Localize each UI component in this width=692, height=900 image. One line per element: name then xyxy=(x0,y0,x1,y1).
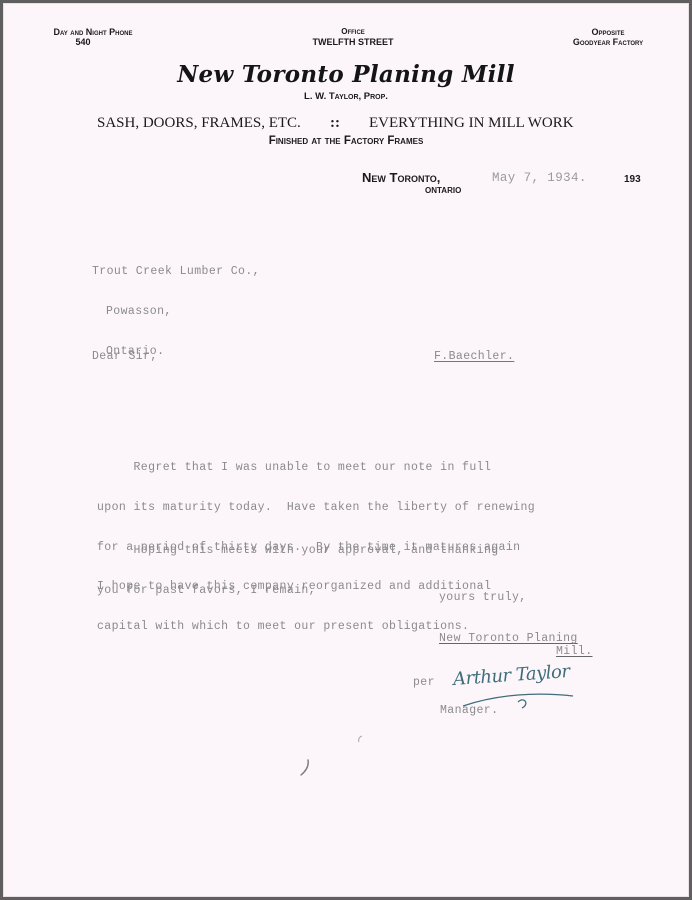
province: Ontario xyxy=(425,186,461,195)
location-value: Goodyear Factory xyxy=(543,37,673,47)
products-right: EVERYTHING IN MILL WORK xyxy=(369,115,574,132)
proprietor: L. W. Taylor, Prop. xyxy=(3,91,689,102)
salutation: Dear Sir, xyxy=(92,350,158,363)
products-separator: :: xyxy=(330,115,340,132)
signature: Arthur Taylor xyxy=(452,661,570,690)
company-name: New Toronto Planing Mill xyxy=(3,61,689,88)
phone-number: 540 xyxy=(13,37,153,47)
recipient-line: Powasson, xyxy=(106,305,260,318)
letter-page: Day and Night Phone 540 Office Twelfth S… xyxy=(3,3,689,897)
body-line: Regret that I was unable to meet our not… xyxy=(97,461,535,474)
complimentary-close: yours truly, xyxy=(439,591,527,604)
phone-block: Day and Night Phone 540 xyxy=(33,27,153,47)
pencil-mark xyxy=(298,758,312,778)
attention-line: F.Baechler. xyxy=(434,350,514,363)
body-line: Hoping this meets with your approval, an… xyxy=(97,544,499,557)
tagline: Finished at the Factory Frames xyxy=(3,135,689,147)
office-block: Office Twelfth Street xyxy=(283,27,423,47)
phone-label: Day and Night Phone xyxy=(33,27,153,37)
closing-company-line-1: New Toronto Planing xyxy=(439,632,578,645)
body-paragraph-2: Hoping this meets with your approval, an… xyxy=(97,518,499,624)
year-prefix: 193 xyxy=(624,174,641,185)
closing-company-line-2: Mill. xyxy=(556,645,593,658)
recipient-line: Trout Creek Lumber Co., xyxy=(92,265,260,278)
location-label: Opposite xyxy=(543,27,673,37)
letter-date: May 7, 1934. xyxy=(492,172,587,185)
signer-title: Manager. xyxy=(440,704,498,717)
products-left: SASH, DOORS, FRAMES, ETC. xyxy=(97,115,301,132)
office-street: Twelfth Street xyxy=(283,37,423,47)
city: New Toronto, xyxy=(362,170,440,185)
per-label: per xyxy=(413,676,435,689)
location-block: Opposite Goodyear Factory xyxy=(543,27,673,47)
body-line: upon its maturity today. Have taken the … xyxy=(97,501,535,514)
pencil-mark xyxy=(356,734,368,744)
office-label: Office xyxy=(283,27,423,37)
